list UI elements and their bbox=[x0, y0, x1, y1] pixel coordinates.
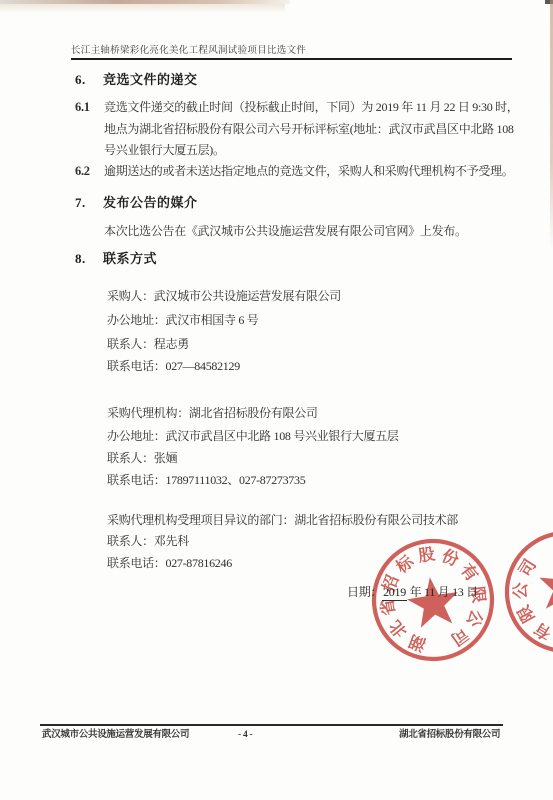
date-day: 13 bbox=[452, 585, 463, 599]
item62-number: 6.2 bbox=[75, 165, 90, 178]
section8-title: 联系方式 bbox=[103, 252, 157, 265]
svg-text:公: 公 bbox=[511, 582, 530, 600]
company-seal-stamp-partial: 湖北省招标股份有限公司 bbox=[486, 512, 553, 672]
date-middle: 年 11 月 bbox=[407, 585, 452, 599]
agency-contact-line: 联系人：张婳 bbox=[107, 452, 177, 464]
item61-number: 6.1 bbox=[75, 101, 90, 114]
footer-left-company: 武汉城市公共设施运营发展有限公司 bbox=[42, 731, 189, 741]
company-seal-graphic-partial: 湖北省招标股份有限公司 bbox=[486, 512, 553, 672]
section7-number: 7. bbox=[75, 196, 86, 209]
document-page: 长江主轴桥梁彩化亮化美化工程风洞试验项目比选文件 6. 竞选文件的递交 6.1 … bbox=[0, 0, 553, 800]
date-prefix: 日期： bbox=[347, 585, 382, 599]
date-suffix: 日 bbox=[463, 585, 477, 599]
objection-dept-line: 采购代理机构受理项目异议的部门：湖北省招标股份有限公司技术部 bbox=[107, 514, 458, 526]
svg-text:湖: 湖 bbox=[406, 631, 428, 655]
footer-page-number: - 4 - bbox=[238, 731, 252, 741]
purchaser-address-line: 办公地址：武汉市相国寺 6 号 bbox=[107, 314, 259, 326]
date-year: 2019 bbox=[382, 585, 407, 601]
agency-address-line: 办公地址：武汉市武昌区中北路 108 号兴业银行大厦五层 bbox=[107, 430, 399, 442]
section8-number: 8. bbox=[75, 252, 86, 265]
section6-number: 6. bbox=[75, 73, 86, 86]
item61-line1: 竞选文件递交的截止时间（投标截止时间，下同）为 2019 年 11 月 22 日… bbox=[104, 101, 519, 113]
section6-title: 竞选文件的递交 bbox=[103, 73, 198, 86]
scan-artifact-right-edge bbox=[550, 0, 553, 250]
item62-text: 逾期送达的或者未送达指定地点的竞选文件，采购人和采购代理机构不予受理。 bbox=[104, 165, 514, 177]
svg-text:股: 股 bbox=[417, 544, 436, 565]
section7-body: 本次比选公告在《武汉城市公共设施运营发展有限公司官网》上发布。 bbox=[104, 225, 467, 237]
scan-artifact-top-shadow bbox=[0, 4, 285, 13]
footer-right-company: 湖北省招标股份有限公司 bbox=[399, 731, 500, 741]
date-line: 日期：2019 年 11 月 13 日 bbox=[347, 586, 478, 598]
agency-phone-line: 联系电话：17897111032、027-87273735 bbox=[107, 474, 305, 486]
objection-phone-line: 联系电话：027-87816246 bbox=[107, 557, 232, 569]
item61-line3: 号兴业银行大厦五层)。 bbox=[104, 144, 225, 156]
purchaser-contact-line: 联系人：程志勇 bbox=[107, 338, 189, 350]
footer-rule bbox=[40, 724, 503, 726]
svg-text:公: 公 bbox=[462, 607, 486, 630]
page-header-title: 长江主轴桥梁彩化亮化美化工程风洞试验项目比选文件 bbox=[71, 47, 306, 57]
purchaser-phone-line: 联系电话：027—84582129 bbox=[107, 360, 240, 372]
header-rule bbox=[71, 58, 512, 60]
purchaser-name-line: 采购人：武汉城市公共设施运营发展有限公司 bbox=[107, 290, 341, 302]
agency-name-line: 采购代理机构：湖北省招标股份有限公司 bbox=[107, 407, 318, 419]
item61-line2: 地点为湖北省招标股份有限公司六号开标评标室(地址：武汉市武昌区中北路 108 bbox=[104, 123, 514, 135]
objection-contact-line: 联系人：邓先科 bbox=[107, 535, 189, 547]
section7-title: 发布公告的媒介 bbox=[103, 196, 198, 209]
